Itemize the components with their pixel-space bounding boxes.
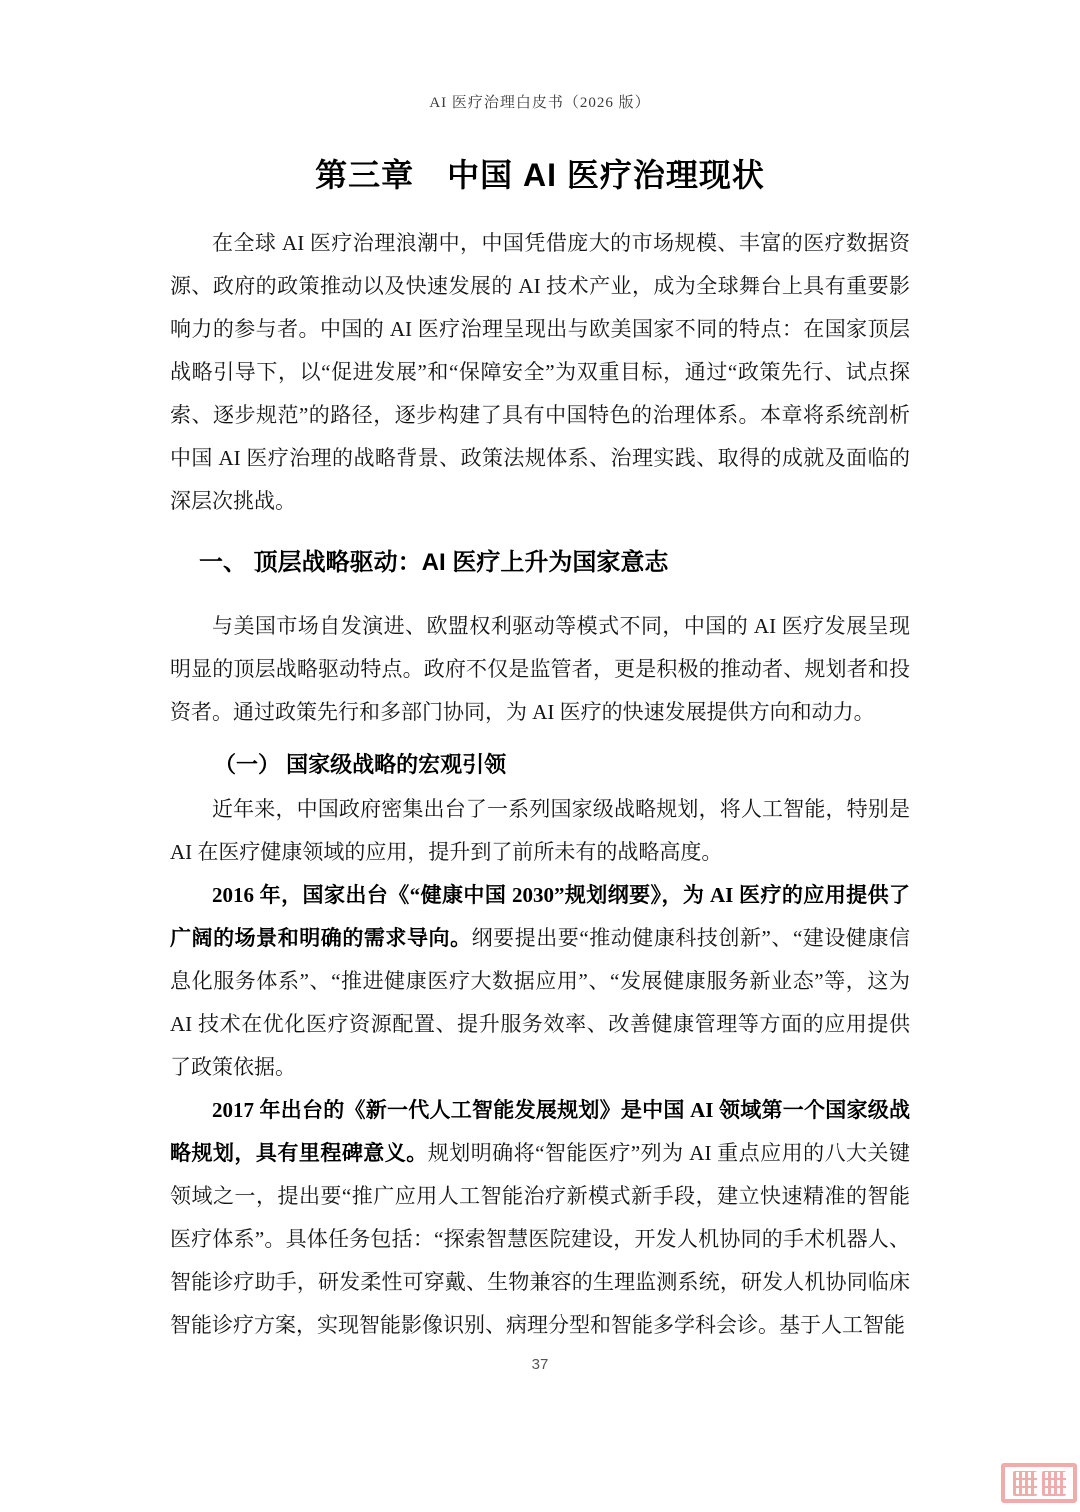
chapter-title: 第三章 中国 AI 医疗治理现状	[170, 154, 910, 196]
intro-paragraph: 在全球 AI 医疗治理浪潮中，中国凭借庞大的市场规模、丰富的医疗数据资源、政府的…	[170, 222, 910, 523]
subsection-paragraph-2016: 2016 年，国家出台《“健康中国 2030”规划纲要》，为 AI 医疗的应用提…	[170, 874, 910, 1089]
section1-lead-paragraph: 与美国市场自发演进、欧盟权利驱动等模式不同，中国的 AI 医疗发展呈现明显的顶层…	[170, 605, 910, 734]
subsection-paragraph-2017: 2017 年出台的《新一代人工智能发展规划》是中国 AI 领域第一个国家级战略规…	[170, 1089, 910, 1347]
page-number: 37	[0, 1356, 1080, 1373]
subsection-heading-1-1: （一） 国家级战略的宏观引领	[170, 748, 910, 782]
subsection-paragraph-1: 近年来，中国政府密集出台了一系列国家级战略规划，将人工智能，特别是 AI 在医疗…	[170, 788, 910, 874]
seal-glyph-right	[1042, 1471, 1066, 1496]
seal-glyph-left	[1013, 1471, 1037, 1496]
section-heading-1: 一、 顶层战略驱动：AI 医疗上升为国家意志	[170, 545, 910, 581]
paragraph-2017-body: 规划明确将“智能医疗”列为 AI 重点应用的八大关键领域之一，提出要“推广应用人…	[170, 1141, 910, 1337]
seal-stamp-icon	[1001, 1463, 1077, 1503]
page-content: AI 医疗治理白皮书（2026 版） 第三章 中国 AI 医疗治理现状 在全球 …	[0, 0, 1080, 1347]
running-header: AI 医疗治理白皮书（2026 版）	[170, 94, 910, 112]
document-page: AI 医疗治理白皮书（2026 版） 第三章 中国 AI 医疗治理现状 在全球 …	[0, 0, 1080, 1512]
